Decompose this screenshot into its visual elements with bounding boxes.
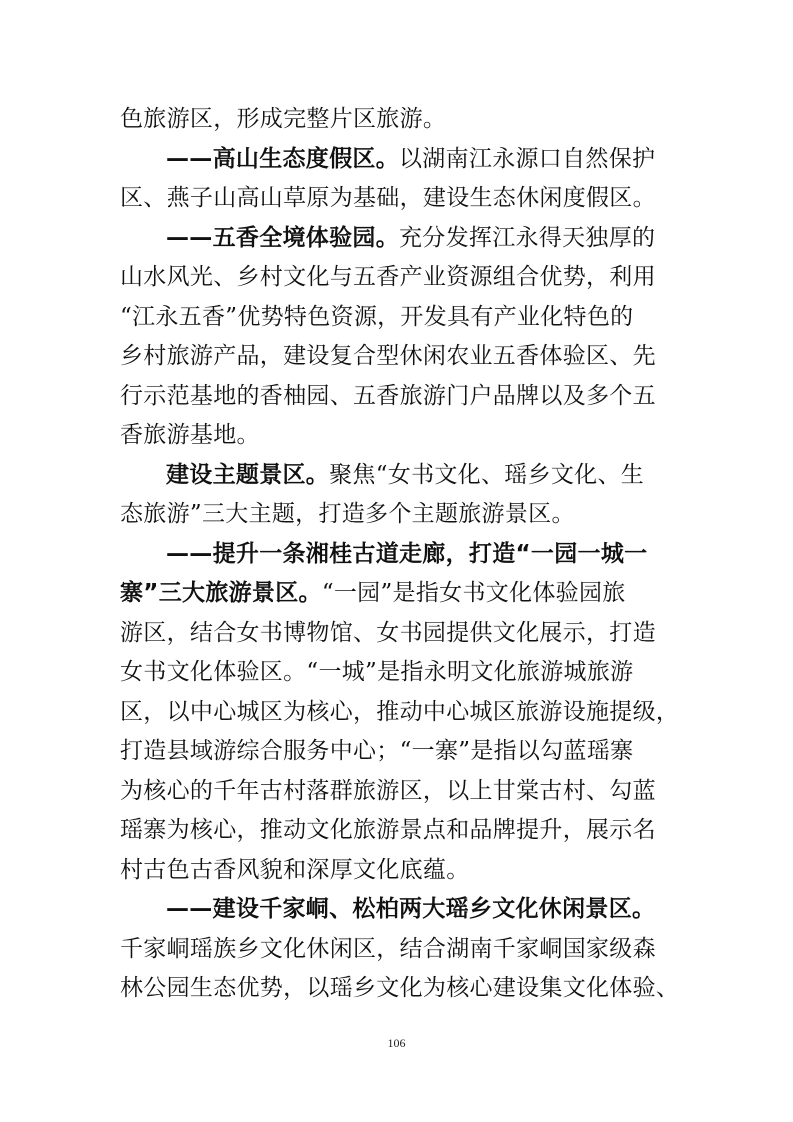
section-heading: 寨”三大旅游景区。 xyxy=(120,580,322,606)
line-text: 为核心的千年古村落群旅游区，以上甘棠古村、勾蓝 xyxy=(120,778,656,804)
text-line: 寨”三大旅游景区。“一园”是指女书文化体验园旅 xyxy=(120,574,675,614)
line-text: 区，以中心城区为核心，推动中心城区旅游设施提级， xyxy=(120,699,679,725)
line-text: 乡村旅游产品，建设复合型休闲农业五香体验区、先 xyxy=(120,343,656,369)
text-line: ——高山生态度假区。以湖南江永源口自然保护 xyxy=(120,140,675,180)
text-line: 区，以中心城区为核心，推动中心城区旅游设施提级， xyxy=(120,693,675,733)
text-line: 瑶寨为核心，推动文化旅游景点和品牌提升，展示名 xyxy=(120,811,675,851)
section-heading: ——高山生态度假区。 xyxy=(166,146,399,172)
line-text: 千家峒瑶族乡文化休闲区，结合湖南千家峒国家级森 xyxy=(120,936,656,962)
line-text: 打造县域游综合服务中心；“一寨”是指以勾蓝瑶寨 xyxy=(120,738,633,764)
line-text: 行示范基地的香柚园、五香旅游门户品牌以及多个五 xyxy=(120,383,656,409)
line-text: “江永五香”优势特色资源，开发具有产业化特色的 xyxy=(120,304,633,330)
text-line: 行示范基地的香柚园、五香旅游门户品牌以及多个五 xyxy=(120,377,675,417)
text-line: 态旅游”三大主题，打造多个主题旅游景区。 xyxy=(120,495,675,535)
text-line: 为核心的千年古村落群旅游区，以上甘棠古村、勾蓝 xyxy=(120,772,675,812)
text-line: 游区，结合女书博物馆、女书园提供文化展示，打造 xyxy=(120,614,675,654)
text-line: 打造县域游综合服务中心；“一寨”是指以勾蓝瑶寨 xyxy=(120,732,675,772)
text-line: 色旅游区，形成完整片区旅游。 xyxy=(120,100,675,140)
line-text: 聚焦“女书文化、瑶乡文化、生 xyxy=(329,462,644,488)
line-text: “一园”是指女书文化体验园旅 xyxy=(322,580,626,606)
line-text: 态旅游”三大主题，打造多个主题旅游景区。 xyxy=(120,501,575,527)
line-text: 山水风光、乡村文化与五香产业资源组合优势，利用 xyxy=(120,264,656,290)
text-line: 香旅游基地。 xyxy=(120,416,675,456)
text-line: 建设主题景区。聚焦“女书文化、瑶乡文化、生 xyxy=(120,456,675,496)
section-heading: ——提升一条湘桂古道走廊，打造“一园一城一 xyxy=(166,541,647,567)
text-line: 林公园生态优势，以瑶乡文化为核心建设集文化体验、 xyxy=(120,969,675,1009)
line-text: 香旅游基地。 xyxy=(120,422,260,448)
text-line: 女书文化体验区。“一城”是指永明文化旅游城旅游 xyxy=(120,653,675,693)
page-number: 106 xyxy=(0,1036,793,1051)
line-text: 女书文化体验区。“一城”是指永明文化旅游城旅游 xyxy=(120,659,633,685)
line-text: 充分发挥江永得天独厚的 xyxy=(399,225,655,251)
text-line: ——五香全境体验园。充分发挥江永得天独厚的 xyxy=(120,219,675,259)
section-heading: ——建设千家峒、松柏两大瑶乡文化休闲景区。 xyxy=(166,896,655,922)
section-heading: 建设主题景区。 xyxy=(166,462,329,488)
text-line: 区、燕子山高山草原为基础，建设生态休闲度假区。 xyxy=(120,179,675,219)
line-text: 林公园生态优势，以瑶乡文化为核心建设集文化体验、 xyxy=(120,975,679,1001)
text-line: ——提升一条湘桂古道走廊，打造“一园一城一 xyxy=(120,535,675,575)
text-line: 山水风光、乡村文化与五香产业资源组合优势，利用 xyxy=(120,258,675,298)
line-text: 游区，结合女书博物馆、女书园提供文化展示，打造 xyxy=(120,620,656,646)
text-line: “江永五香”优势特色资源，开发具有产业化特色的 xyxy=(120,298,675,338)
line-text: 以湖南江永源口自然保护 xyxy=(399,146,655,172)
document-body: 色旅游区，形成完整片区旅游。 ——高山生态度假区。以湖南江永源口自然保护 区、燕… xyxy=(120,100,675,1009)
line-text: 村古色古香风貌和深厚文化底蕴。 xyxy=(120,857,470,883)
text-line: 村古色古香风貌和深厚文化底蕴。 xyxy=(120,851,675,891)
text-line: ——建设千家峒、松柏两大瑶乡文化休闲景区。 xyxy=(120,890,675,930)
section-heading: ——五香全境体验园。 xyxy=(166,225,399,251)
text-line: 乡村旅游产品，建设复合型休闲农业五香体验区、先 xyxy=(120,337,675,377)
line-text: 色旅游区，形成完整片区旅游。 xyxy=(120,106,446,132)
text-line: 千家峒瑶族乡文化休闲区，结合湖南千家峒国家级森 xyxy=(120,930,675,970)
line-text: 瑶寨为核心，推动文化旅游景点和品牌提升，展示名 xyxy=(120,817,656,843)
line-text: 区、燕子山高山草原为基础，建设生态休闲度假区。 xyxy=(120,185,656,211)
